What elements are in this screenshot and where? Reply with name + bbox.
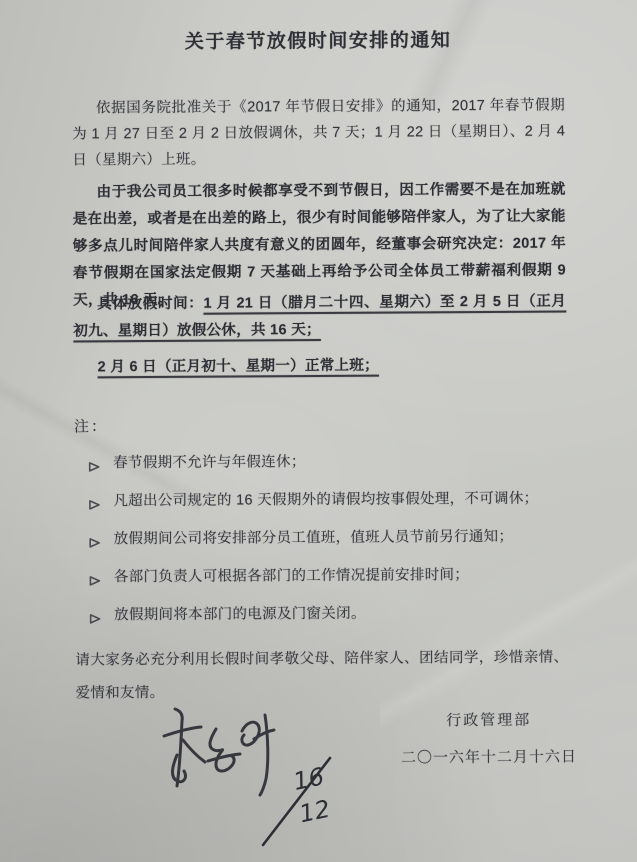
handwritten-month: 12 xyxy=(297,795,333,829)
schedule-lead: 具体放假时间： xyxy=(97,296,203,313)
handwritten-date: 16 12 xyxy=(263,758,333,845)
note-item: 放假期间公司将安排部分员工值班，值班人员节前另行通知； xyxy=(89,526,568,555)
signature-stroke xyxy=(175,709,182,786)
signoff-date: 二〇一六年十二月十六日 xyxy=(399,745,579,767)
signoff-block: 行政管理部 二〇一六年十二月十六日 xyxy=(399,708,579,767)
signoff-department: 行政管理部 xyxy=(399,708,579,730)
paragraph-holiday-schedule: 具体放假时间：1 月 21 日（腊月二十四、星期六）至 2 月 5 日（正月初九… xyxy=(73,288,566,345)
signature-stroke xyxy=(260,715,268,795)
arrowhead-bullet-icon xyxy=(88,453,113,479)
note-text: 放假期间将本部门的电源及门窗关闭。 xyxy=(114,602,568,626)
arrowhead-bullet-icon xyxy=(89,567,114,593)
return-date: 2 月 6 日（正月初十、星期一）正常上班； xyxy=(98,358,379,376)
notes-label: 注： xyxy=(74,412,567,436)
notes-list: 春节假期不允许与年假连休； 凡超出公司规定的 16 天假期外的请假均按事假处理，… xyxy=(74,450,568,643)
note-item: 春节假期不允许与年假连休； xyxy=(88,450,567,479)
signature-stroke xyxy=(210,729,234,771)
paragraph-return-to-work: 2 月 6 日（正月初十、星期一）正常上班； xyxy=(74,351,567,380)
arrowhead-bullet-icon xyxy=(88,491,113,517)
handwritten-signature: 16 12 xyxy=(150,695,360,860)
paragraph-intro: 依据国务院批准关于《2017 年节假日安排》的通知，2017 年春节假期为 1 … xyxy=(72,93,565,174)
notice-document: 关于春节放假时间安排的通知 依据国务院批准关于《2017 年节假日安排》的通知，… xyxy=(0,0,637,862)
document-title: 关于春节放假时间安排的通知 xyxy=(72,25,565,55)
note-item: 各部门负责人可根据各部门的工作情况提前安排时间； xyxy=(89,564,568,593)
signature-stroke xyxy=(242,722,259,745)
arrowhead-bullet-icon xyxy=(89,529,114,555)
note-text: 春节假期不允许与年假连休； xyxy=(113,450,567,474)
note-text: 凡超出公司规定的 16 天假期外的请假均按事假处理，不可调休； xyxy=(113,488,567,512)
note-item: 凡超出公司规定的 16 天假期外的请假均按事假处理，不可调休； xyxy=(88,488,567,517)
note-text: 放假期间公司将安排部分员工值班，值班人员节前另行通知； xyxy=(114,526,568,550)
note-text: 各部门负责人可根据各部门的工作情况提前安排时间； xyxy=(114,564,568,588)
note-item: 放假期间将本部门的电源及门窗关闭。 xyxy=(89,602,568,631)
arrowhead-bullet-icon xyxy=(89,605,114,631)
handwritten-day: 16 xyxy=(291,762,327,796)
